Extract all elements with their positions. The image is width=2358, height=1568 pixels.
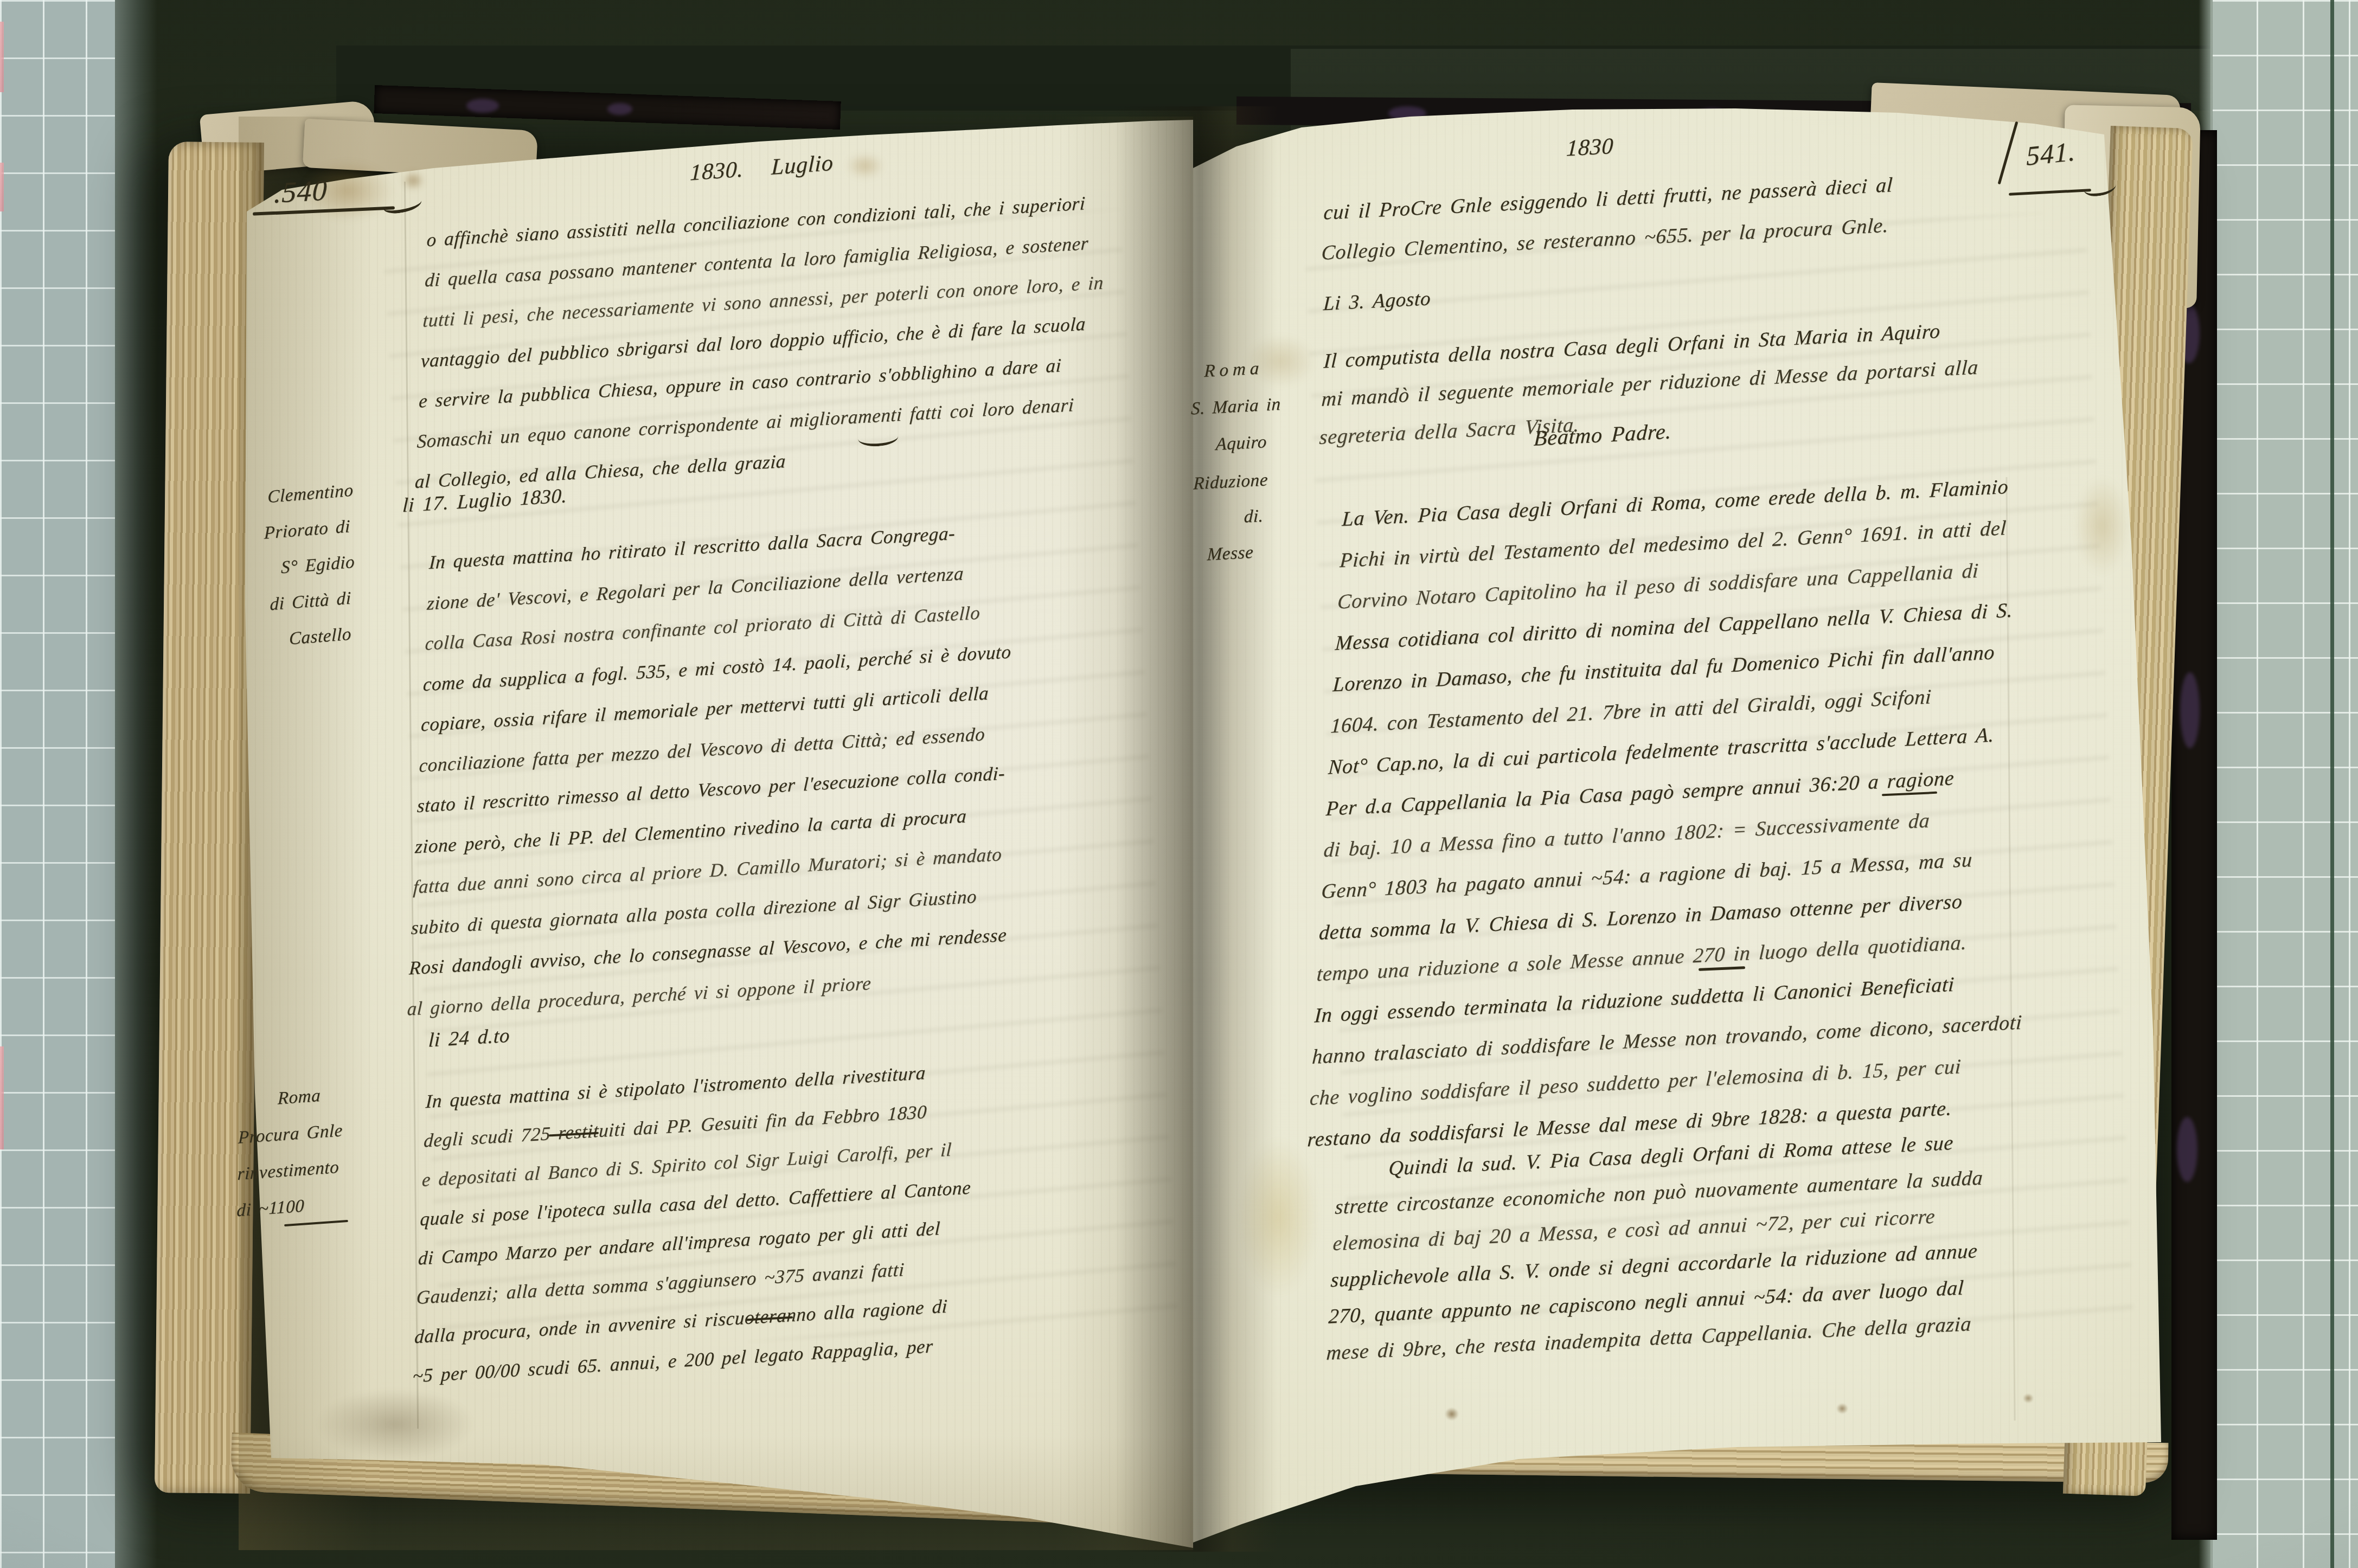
- manuscript-text-line: Roma: [1203, 349, 1283, 390]
- margin-note-roma-procura: RomaProcura Gnlerinvestimentodi ~1100: [236, 1076, 344, 1229]
- page-number-541: 541.: [2026, 135, 2076, 172]
- paper-stain: [402, 171, 424, 190]
- marble-fleck: [607, 103, 632, 115]
- manuscript-text-line: S. Maria in: [1190, 386, 1281, 428]
- left-page-date-24-detto: li 24 d.to: [428, 1024, 510, 1052]
- paper-stain: [846, 153, 884, 179]
- paper-spot: [1445, 1408, 1459, 1421]
- reference-grid-board-left: [0, 0, 115, 1568]
- right-page-paragraph-4: Quindi la sud. V. Pia Casa degli Orfani …: [1325, 1123, 1987, 1372]
- manuscript-text-line: Castello: [289, 616, 355, 657]
- manuscript-text-line: S° Egidio: [281, 544, 355, 586]
- right-page-header-1830: 1830: [1566, 133, 1614, 162]
- margin-note-riduzione-messe: Riduzionedi.Messe: [1190, 462, 1269, 574]
- paper-spot: [2023, 1393, 2034, 1403]
- film-edge-pink-sliver: [0, 22, 4, 92]
- manuscript-text-line: Aquiro: [1215, 423, 1280, 463]
- left-page-paragraph-3: In questa mattina si è stipolato l'istro…: [412, 1050, 977, 1396]
- right-page-paragraph-3: La Ven. Pia Casa degli Orfani di Roma, c…: [1306, 464, 2053, 1161]
- manuscript-text-line: di.: [1244, 498, 1267, 535]
- archival-photo-page: { "photo": { "subject": "Handwritten Ita…: [0, 0, 2358, 1568]
- marble-fleck: [466, 99, 499, 113]
- grid-board-green-line: [2330, 0, 2334, 1568]
- left-page-paragraph-2: In questa mattina ho ritirato il rescrit…: [406, 509, 1028, 1029]
- book-gutter-shadow: [1115, 106, 1278, 1552]
- manuscript-text-line: di Città di: [270, 580, 355, 623]
- manuscript-text-line: Messe: [1207, 534, 1266, 573]
- film-edge-pink-sliver: [0, 163, 4, 211]
- paper-stain: [2075, 477, 2129, 575]
- left-page-paragraph-1: o affinchè siano assistiti nella concili…: [414, 182, 1108, 502]
- marble-fleck: [2180, 672, 2200, 748]
- page-number-540: .540: [273, 173, 328, 209]
- margin-note-roma-smaria-aquiro: RomaS. Maria inAquiro: [1189, 349, 1283, 464]
- manuscript-text-line: Roma: [277, 1076, 344, 1117]
- manuscript-text-line: Riduzione: [1193, 462, 1268, 502]
- paper-smudge: [317, 1389, 474, 1460]
- paper-spot: [1836, 1403, 1848, 1414]
- manuscript-text-line: rinvestimento: [237, 1149, 342, 1193]
- reference-grid-board-right: [2210, 0, 2358, 1568]
- film-edge-pink-sliver: [0, 1046, 4, 1149]
- marble-fleck: [2177, 1117, 2197, 1182]
- margin-note-clementino-priorato: ClementinoPriorato diS° Egidiodi Città d…: [266, 472, 356, 659]
